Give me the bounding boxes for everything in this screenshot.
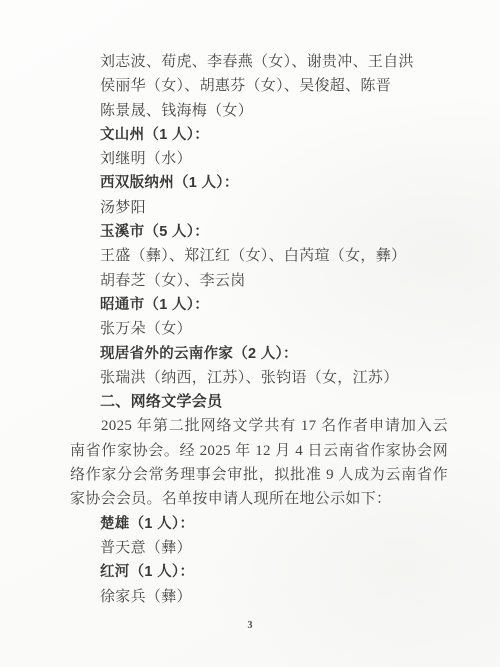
page-number: 3 — [0, 620, 500, 631]
city-header: 红河（1 人）： — [70, 560, 448, 584]
city-header: 昭通市（1 人）： — [70, 293, 448, 317]
city-header: 玉溪市（5 人）： — [70, 220, 448, 244]
city-header: 西双版纳州（1 人）： — [70, 171, 448, 195]
city-header: 文山州（1 人）： — [70, 123, 448, 147]
body-paragraph: 2025 年第二批网络文学共有 17 名作者申请加入云南省作家协会。经 2025… — [70, 414, 448, 511]
city-header: 现居省外的云南作家（2 人）： — [70, 342, 448, 366]
names-line: 刘继明（水） — [70, 147, 448, 171]
names-line: 徐家兵（彝） — [70, 585, 448, 609]
document-content: 刘志波、荀虎、李春燕（女）、谢贵冲、王自洪 侯丽华（女）、胡惠芬（女）、吴俊超、… — [70, 50, 448, 609]
names-line: 普天意（彝） — [70, 536, 448, 560]
names-line: 汤梦阳 — [70, 196, 448, 220]
section-heading: 二、网络文学会员 — [70, 390, 448, 414]
names-line: 侯丽华（女）、胡惠芬（女）、吴俊超、陈晋 — [70, 74, 448, 98]
names-line: 张瑞洪（纳西，江苏）、张钧语（女，江苏） — [70, 366, 448, 390]
names-line: 王盛（彝）、郑江红（女）、白芮瑄（女，彝） — [70, 244, 448, 268]
names-line: 陈景晟、钱海梅（女） — [70, 99, 448, 123]
document-page: 刘志波、荀虎、李春燕（女）、谢贵冲、王自洪 侯丽华（女）、胡惠芬（女）、吴俊超、… — [0, 0, 500, 667]
names-line: 张万朵（女） — [70, 317, 448, 341]
city-header: 楚雄（1 人）： — [70, 512, 448, 536]
names-line: 刘志波、荀虎、李春燕（女）、谢贵冲、王自洪 — [70, 50, 448, 74]
names-line: 胡春芝（女）、李云岗 — [70, 269, 448, 293]
